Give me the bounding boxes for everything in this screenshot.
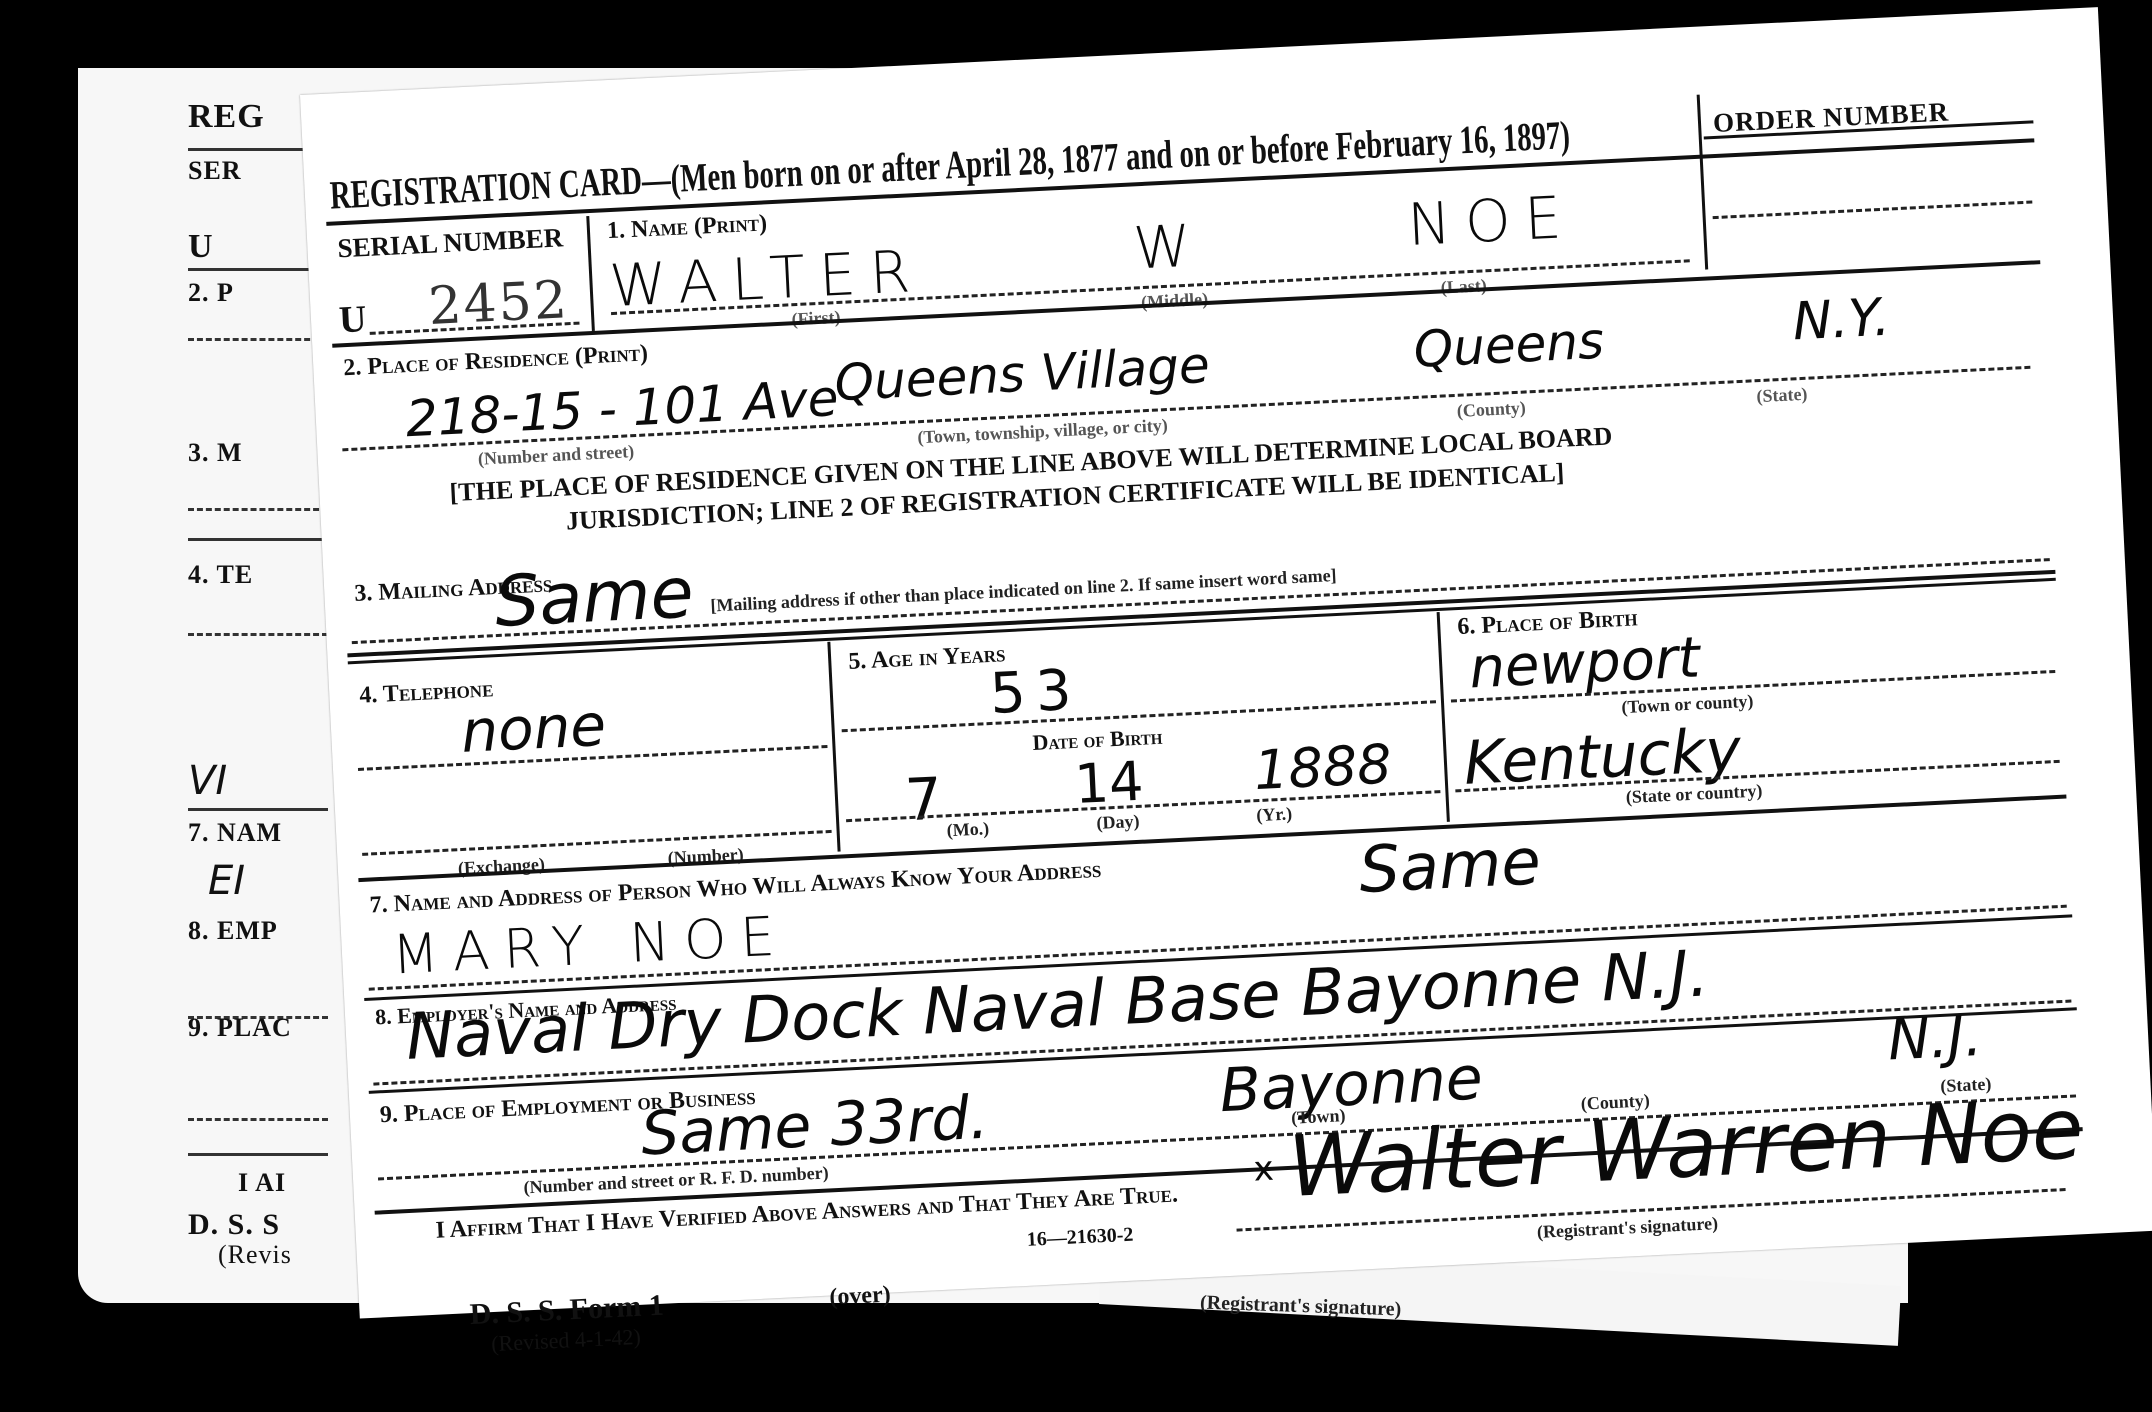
back-card-affirm-fragment: I AI	[238, 1168, 286, 1198]
column-divider	[827, 642, 840, 852]
county-caption: (County)	[1456, 398, 1526, 422]
telephone-value[interactable]: none	[460, 691, 608, 766]
back-card-title-fragment: REG	[188, 98, 265, 136]
serial-number-label: SERIAL NUMBER	[337, 222, 564, 264]
residence-label: 2. Place of Residence (Print)	[343, 340, 649, 382]
back-card-residence-fragment: 2. P	[188, 278, 234, 308]
back-card-dash	[188, 508, 328, 511]
back-card-contact-fragment: 7. NAM	[188, 818, 282, 848]
day-caption: (Day)	[1096, 811, 1140, 834]
name-last[interactable]: NOE	[1406, 183, 1577, 259]
age-label: 5. Age in Years	[848, 641, 1006, 676]
contact-address[interactable]: Same	[1357, 825, 1542, 908]
back-card-handwriting: EI	[208, 858, 245, 904]
signature-mark: x	[1253, 1149, 1275, 1190]
back-card-u-fragment: U	[188, 228, 214, 266]
back-card-rule	[188, 538, 328, 541]
back-card-handwriting: VI	[188, 758, 227, 804]
order-number-label: ORDER NUMBER	[1712, 96, 1949, 139]
serial-divider	[586, 216, 595, 331]
dob-month[interactable]: 7	[904, 765, 944, 835]
back-card-telephone-fragment: 4. TE	[188, 560, 253, 590]
back-card-revised-fragment: (Revis	[218, 1240, 292, 1270]
dob-year[interactable]: 1888	[1253, 733, 1393, 803]
signature-caption: (Registrant's signature)	[1537, 1213, 1719, 1243]
order-divider	[1697, 95, 1709, 270]
back-card-rule	[188, 1153, 328, 1156]
print-code: 16—21630-2	[1026, 1224, 1134, 1252]
serial-prefix: U	[338, 297, 368, 342]
residence-state[interactable]: N.Y.	[1791, 288, 1891, 353]
state-caption: (State)	[1756, 384, 1808, 407]
section-rule	[358, 795, 2066, 883]
birthplace-town-caption: (Town or county)	[1621, 691, 1754, 718]
back-card-serial-fragment: SER	[188, 156, 242, 186]
over-note: (over)	[829, 1282, 892, 1312]
residence-county[interactable]: Queens	[1412, 312, 1605, 379]
employment-state[interactable]: N.J.	[1887, 1004, 1984, 1074]
back-card-employment-fragment: 9. PLAC	[188, 1013, 292, 1043]
contact-name[interactable]: MARY NOE	[391, 904, 790, 986]
month-caption: (Mo.)	[946, 818, 989, 841]
street-caption: (Number and street)	[477, 441, 634, 470]
back-card-dash	[188, 338, 328, 341]
registration-card: REGISTRATION CARD—(Men born on or after …	[300, 7, 2152, 1318]
back-card-mailing-fragment: 3. M	[188, 438, 243, 468]
age-value[interactable]: 53	[989, 658, 1083, 727]
back-card-dash	[188, 1118, 328, 1121]
order-number-field[interactable]	[1713, 201, 2033, 220]
back-card-rule	[188, 268, 328, 271]
name-label: 1. Name (Print)	[606, 210, 767, 245]
year-caption: (Yr.)	[1256, 803, 1293, 826]
back-card-dash	[188, 633, 328, 636]
card-title: REGISTRATION CARD—(Men born on or after …	[329, 111, 1571, 219]
back-card-employer-fragment: 8. EMP	[188, 916, 278, 946]
back-card-form-fragment: D. S. S	[188, 1208, 280, 1242]
name-middle[interactable]: W	[1132, 211, 1207, 282]
telephone-line-2	[362, 830, 832, 856]
residence-town[interactable]: Queens Village	[833, 336, 1211, 412]
back-card-rule	[188, 808, 328, 811]
name-first[interactable]: WALTER	[608, 237, 926, 320]
